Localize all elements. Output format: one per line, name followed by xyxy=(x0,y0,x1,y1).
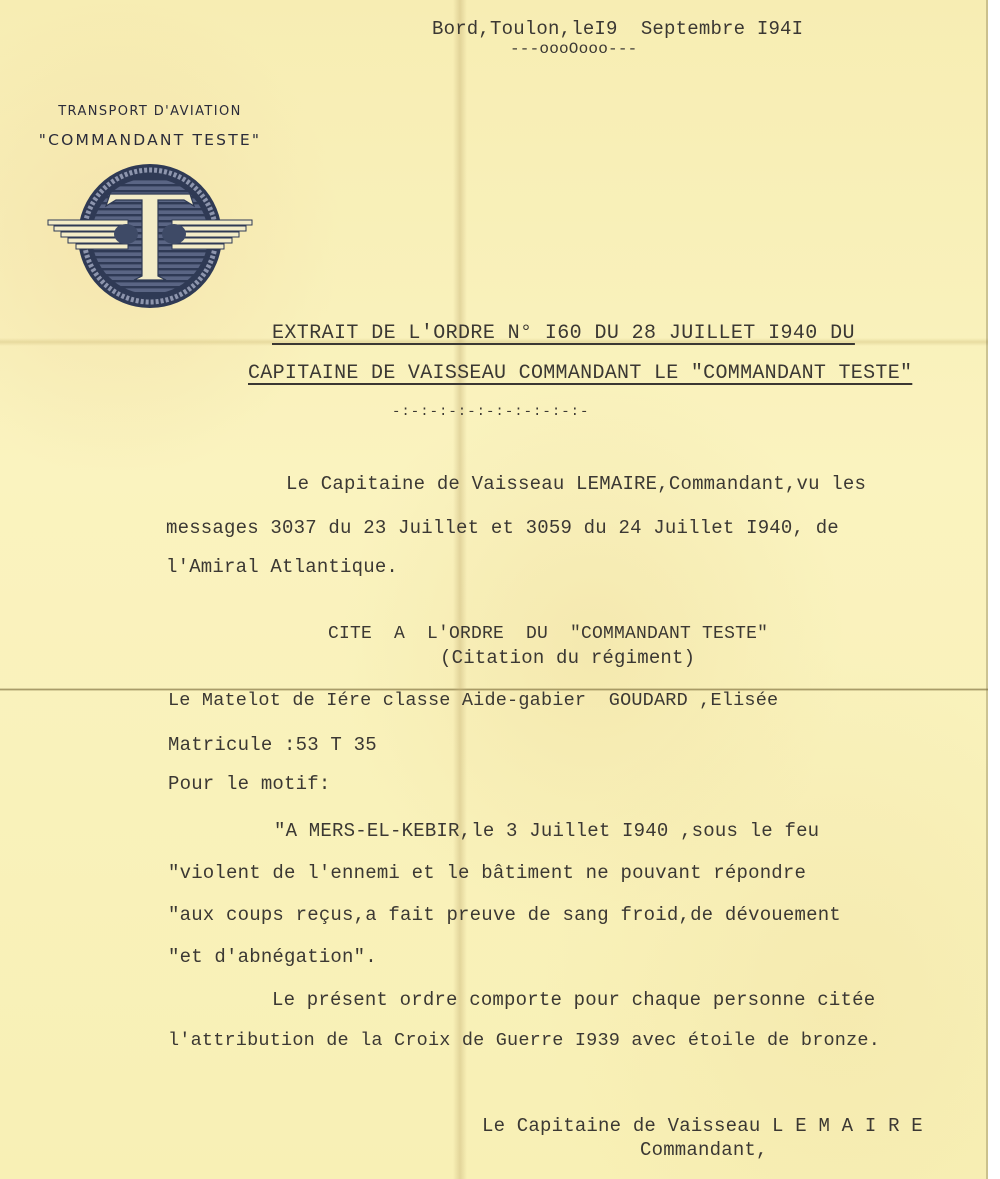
preamble-line1: Le Capitaine de Vaisseau LEMAIRE,Command… xyxy=(286,473,866,495)
letterhead-line1: TRANSPORT D'AVIATION xyxy=(30,104,270,119)
signature-line2: Commandant, xyxy=(640,1139,768,1161)
letterhead-line2: "COMMANDANT TESTE" xyxy=(10,131,290,149)
title-separator: -:-:-:-:-:-:-:-:-:-:- xyxy=(392,404,589,420)
document-page: TRANSPORT D'AVIATION "COMMANDANT TESTE" xyxy=(0,0,988,1179)
citation-heading: CITE A L'ORDRE DU "COMMANDANT TESTE" xyxy=(328,624,768,644)
winged-t-emblem-icon xyxy=(44,160,256,310)
award-line2: l'attribution de la Croix de Guerre I939… xyxy=(168,1030,880,1051)
motif-line3: "aux coups reçus,a fait preuve de sang f… xyxy=(168,904,841,926)
matricule: Matricule :53 T 35 xyxy=(168,734,377,756)
preamble-line2: messages 3037 du 23 Juillet et 3059 du 2… xyxy=(166,517,839,539)
award-line1: Le présent ordre comporte pour chaque pe… xyxy=(272,989,875,1011)
title-line1: EXTRAIT DE L'ORDRE N° I60 DU 28 JUILLET … xyxy=(272,322,855,345)
motif-line1: "A MERS-EL-KEBIR,le 3 Juillet I940 ,sous… xyxy=(274,820,819,842)
motif-label: Pour le motif: xyxy=(168,773,330,795)
motif-line2: "violent de l'ennemi et le bâtiment ne p… xyxy=(168,862,806,884)
paper-edge xyxy=(986,0,988,1179)
citation-subheading: (Citation du régiment) xyxy=(440,647,695,669)
recipient-line: Le Matelot de Iére classe Aide-gabier GO… xyxy=(168,690,778,711)
place-date: Bord,Toulon,leI9 Septembre I94I xyxy=(432,18,803,40)
header-separator: ---oooOooo--- xyxy=(510,40,637,58)
title-line2: CAPITAINE DE VAISSEAU COMMANDANT LE "COM… xyxy=(248,362,912,385)
motif-line4: "et d'abnégation". xyxy=(168,946,377,968)
signature-line1: Le Capitaine de Vaisseau L E M A I R E xyxy=(482,1115,923,1137)
preamble-line3: l'Amiral Atlantique. xyxy=(166,556,398,578)
